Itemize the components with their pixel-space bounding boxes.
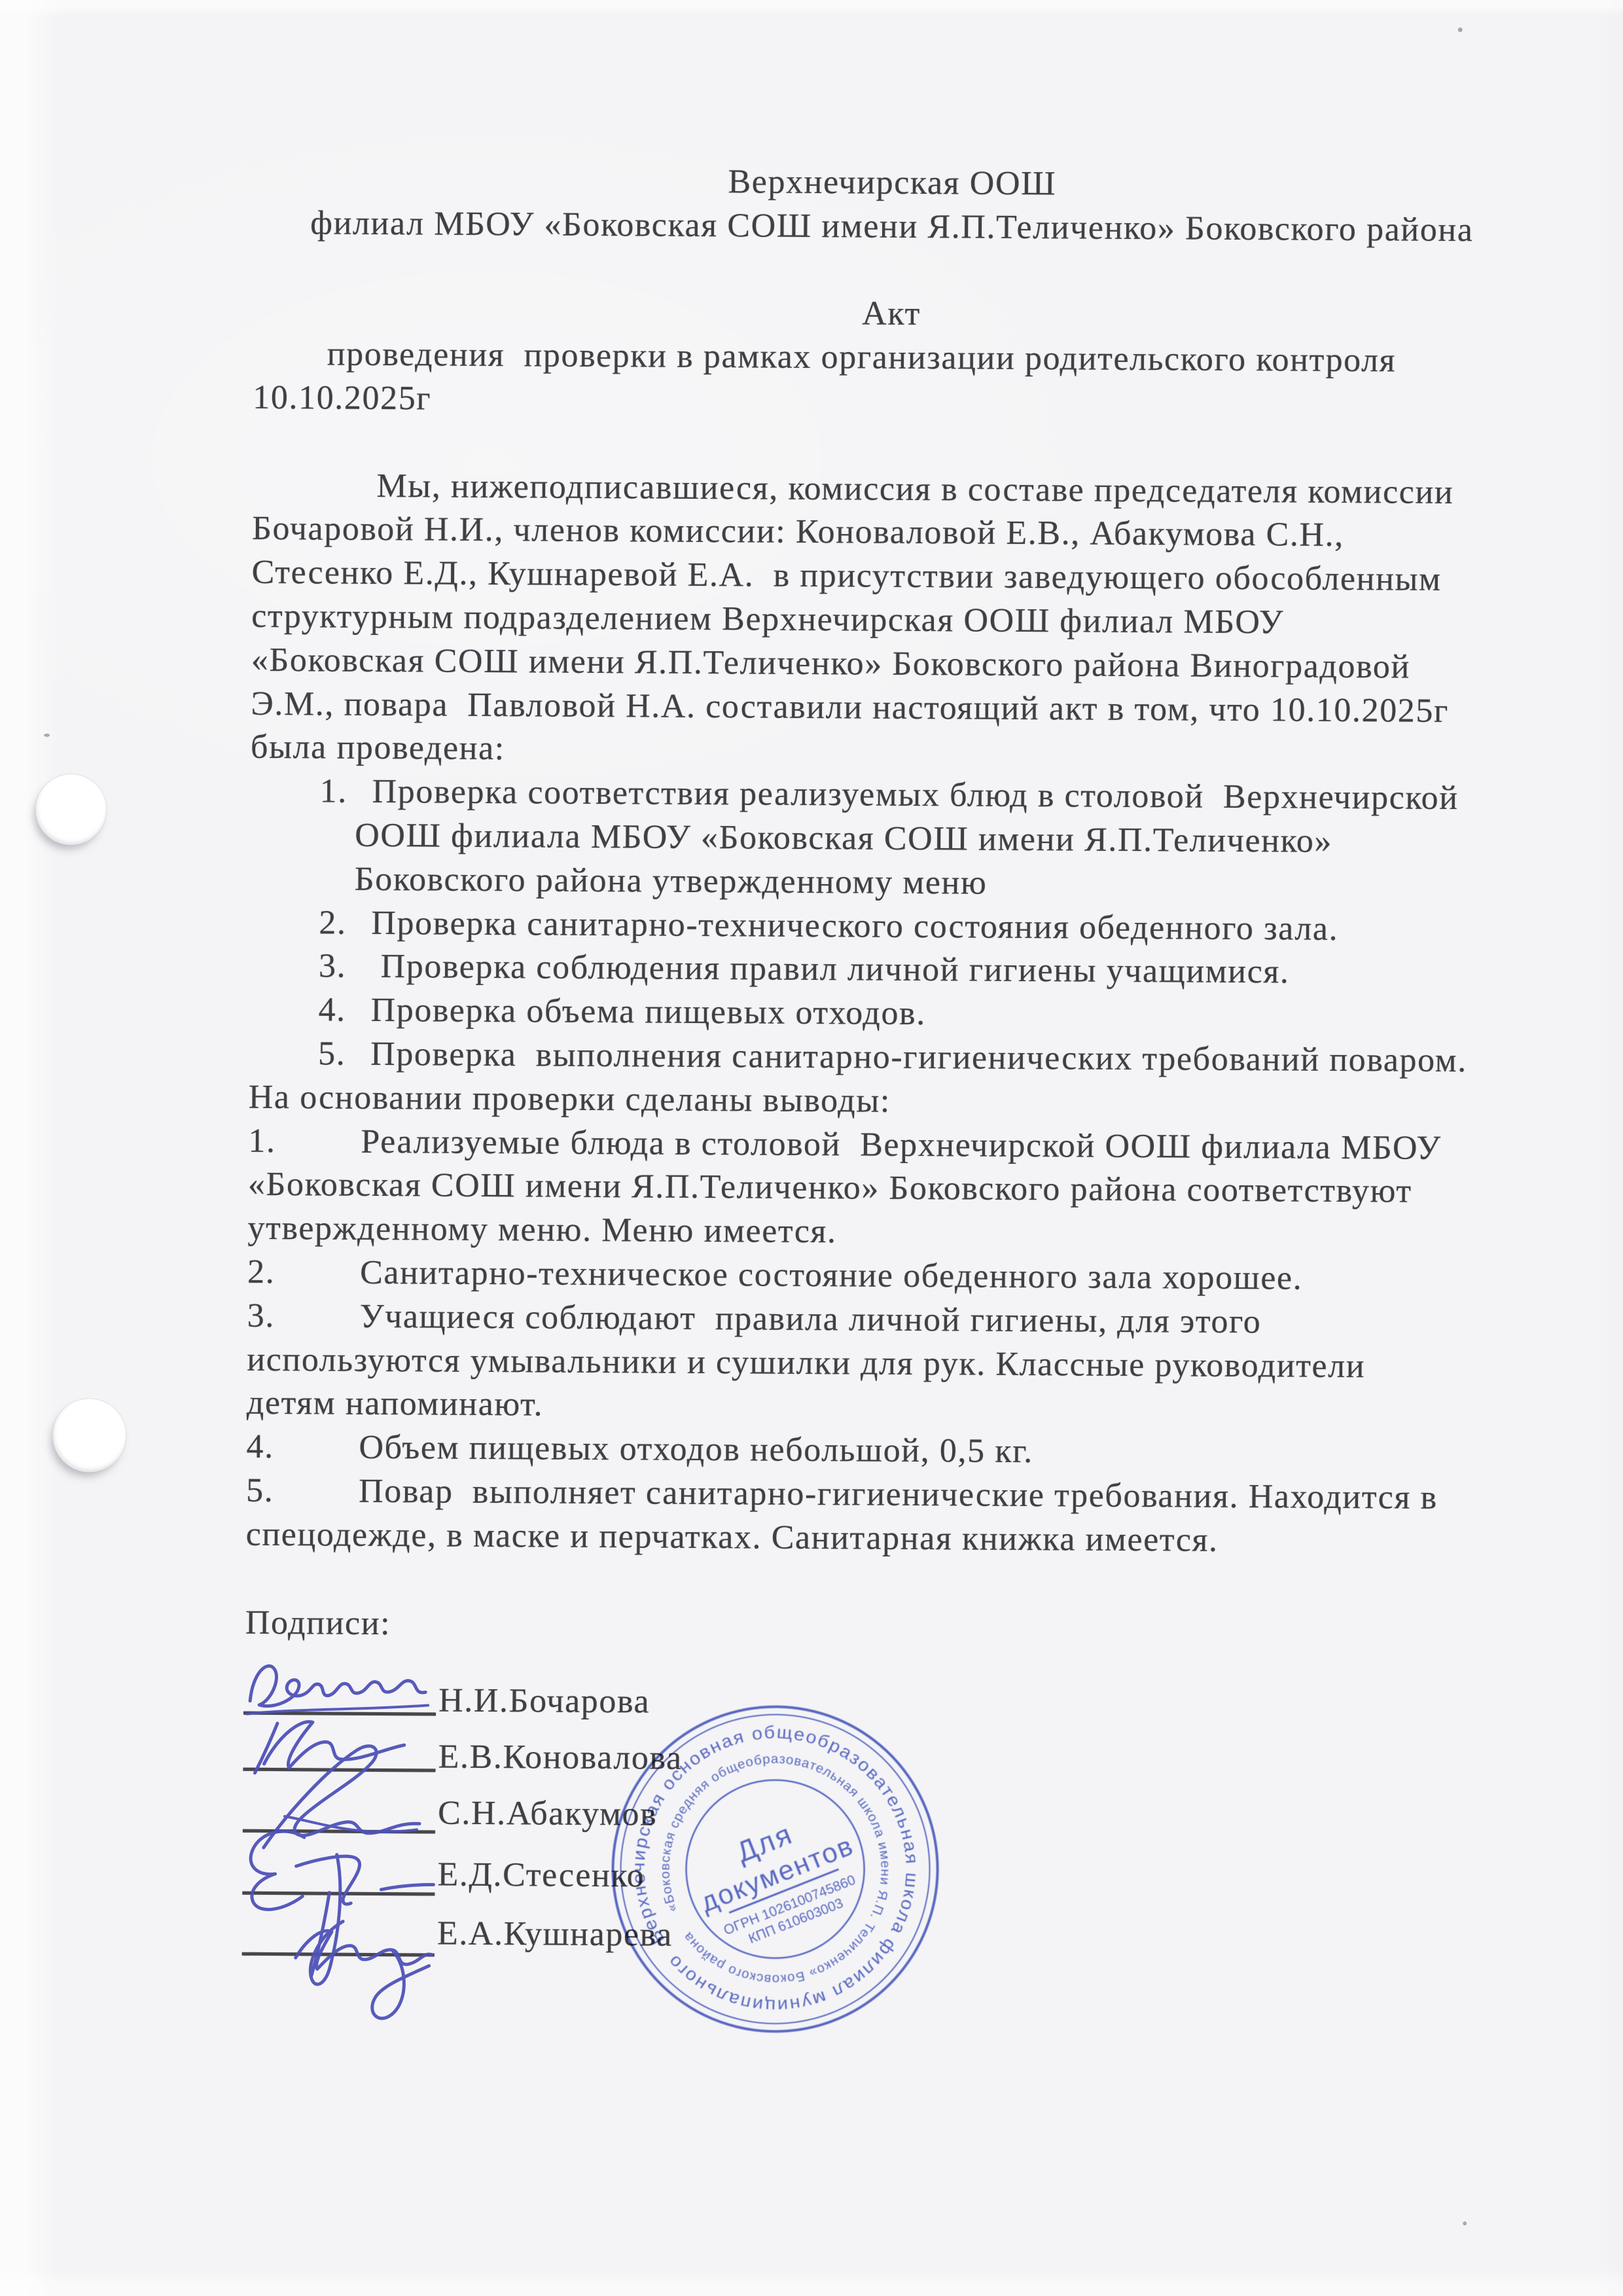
signature-line — [243, 1829, 435, 1834]
conclusions-heading: На основании проверки сделаны выводы: — [249, 1076, 1525, 1128]
signature-line — [242, 1892, 435, 1896]
conclusion-item-5: 5.Повар выполняет санитарно-гигиенически… — [246, 1469, 1522, 1521]
signature-stroke-konovalova — [255, 1723, 277, 1773]
conclusion-text: Повар выполняет санитарно-гигиенические … — [359, 1473, 1438, 1516]
hole-punch — [35, 774, 107, 846]
conclusion-number: 1. — [248, 1119, 276, 1163]
signer-name: Е.Д.Стесенко — [437, 1856, 645, 1896]
check-item-text: Проверка выполнения санитарно-гигиеничес… — [370, 1035, 1467, 1079]
conclusion-item-3-cont: детям напоминают. — [247, 1382, 1523, 1433]
spacer — [253, 420, 1529, 472]
stamp-ogrn: ОГРН 1026100745860 — [722, 1873, 858, 1939]
intro-line: «Боковская СОШ имени Я.П.Теличенко» Боко… — [251, 639, 1527, 691]
conclusion-number: 2. — [247, 1251, 276, 1295]
check-item-3: 3. Проверка соблюдения правил личной гиг… — [249, 944, 1525, 996]
check-item-text: Проверка санитарно-технического состояни… — [371, 904, 1338, 947]
conclusion-item-4: 4.Объем пищевых отходов небольшой, 0,5 к… — [246, 1426, 1522, 1477]
signatures-heading: Подписи: — [245, 1602, 391, 1646]
signer-name: Е.В.Коновалова — [438, 1738, 682, 1778]
signature-stroke — [381, 1884, 433, 1890]
document-content: Верхнечирская ООШ филиал МБОУ «Боковская… — [0, 0, 1623, 2296]
conclusion-item-1-cont: «Боковская СОШ имени Я.П.Теличенко» Боко… — [248, 1163, 1524, 1215]
conclusion-item-2: 2.Санитарно-техническое состояние обеден… — [247, 1251, 1524, 1302]
check-item-number: 4. — [318, 989, 346, 1033]
intro-line: Бочаровой Н.И., членов комиссии: Коновал… — [252, 507, 1528, 559]
signature-line — [242, 1952, 435, 1957]
signature-stroke — [310, 1854, 344, 1984]
scan-speck — [1463, 2221, 1467, 2225]
conclusion-number: 5. — [246, 1469, 274, 1513]
conclusion-number: 3. — [247, 1294, 275, 1338]
conclusion-text: Санитарно-техническое состояние обеденно… — [360, 1254, 1303, 1297]
doc-date: 10.10.2025г — [253, 376, 1529, 428]
stamp-kpp: КПП 610603003 — [747, 1895, 846, 1946]
intro-line: Стесенко Е.Д., Кушнаревой Е.А. в присутс… — [251, 551, 1527, 603]
signature-line — [243, 1768, 435, 1772]
check-item-2: 2.Проверка санитарно-технического состоя… — [249, 901, 1525, 952]
signer-name: С.Н.Абакумов — [438, 1794, 658, 1835]
intro-line: Мы, нижеподписавшиеся, комиссия в состав… — [252, 463, 1528, 515]
check-item-4: 4.Проверка объема пищевых отходов. — [249, 988, 1525, 1040]
signature-stroke — [296, 1931, 432, 1970]
stamp-center-line2: документов — [696, 1829, 858, 1918]
check-item-1-cont: ООШ филиала МБОУ «Боковская СОШ имени Я.… — [250, 814, 1526, 865]
check-item-5: 5.Проверка выполнения санитарно-гигиенич… — [249, 1032, 1525, 1084]
stamp-center-line1: Для — [732, 1818, 798, 1869]
check-item-number: 5. — [318, 1032, 346, 1076]
signature-stroke-stesenko — [251, 1831, 304, 1910]
org-branch-line: филиал МБОУ «Боковская СОШ имени Я.П.Тел… — [254, 202, 1530, 253]
doc-subtitle: проведения проверки в рамках организации… — [253, 332, 1529, 384]
scan-speck — [44, 734, 50, 737]
check-item-number: 2. — [319, 901, 347, 945]
conclusion-text: Объем пищевых отходов небольшой, 0,5 кг. — [359, 1429, 1033, 1470]
signature-stroke — [264, 1721, 404, 1768]
check-item-text: Проверка соответствия реализуемых блюд в… — [372, 773, 1458, 817]
signature-stroke — [372, 1950, 429, 2018]
hole-punch — [52, 1399, 126, 1473]
signature-stroke — [296, 1856, 359, 1905]
scanned-document-page: Верхнечирская ООШ филиал МБОУ «Боковская… — [0, 0, 1623, 2296]
stamp-inner-ring — [675, 1769, 876, 1969]
doc-type-title: Акт — [253, 289, 1529, 340]
document-body: Верхнечирская ООШ филиал МБОУ «Боковская… — [245, 158, 1530, 1564]
check-item-1: 1.Проверка соответствия реализуемых блюд… — [250, 770, 1526, 821]
signer-name: Е.А.Кушнарева — [437, 1914, 673, 1955]
signature-line — [243, 1712, 436, 1716]
conclusion-item-3: 3.Учащиеся соблюдают правила личной гиги… — [247, 1294, 1523, 1346]
conclusion-item-5-cont: спецодежде, в маске и перчатках. Санитар… — [245, 1513, 1522, 1564]
signer-name: Н.И.Бочарова — [438, 1681, 650, 1722]
check-item-text: Проверка соблюдения правил личной гигиен… — [371, 948, 1290, 991]
conclusion-item-1-cont: утвержденному меню. Меню имеется. — [247, 1207, 1524, 1259]
check-item-number: 1. — [319, 770, 348, 814]
intro-line: структурным подразделением Верхнечирская… — [251, 595, 1527, 647]
conclusion-number: 4. — [246, 1426, 274, 1469]
intro-line: Э.М., повара Павловой Н.А. составили нас… — [251, 682, 1527, 734]
scan-speck — [1458, 27, 1463, 32]
org-name-line: Верхнечирская ООШ — [254, 158, 1530, 209]
intro-line: была проведена: — [251, 726, 1527, 778]
spacer — [253, 245, 1529, 296]
check-item-number: 3. — [319, 945, 347, 989]
conclusion-text: Реализуемые блюда в столовой Верхнечирск… — [361, 1122, 1442, 1166]
conclusion-text: Учащиеся соблюдают правила личной гигиен… — [360, 1298, 1262, 1340]
signature-stroke-bocharova — [250, 1666, 425, 1707]
conclusion-item-3-cont: используются умывальники и сушилки для р… — [247, 1338, 1523, 1390]
check-item-1-cont: Боковского района утвержденному меню — [250, 857, 1526, 909]
check-item-text: Проверка объема пищевых отходов. — [370, 992, 926, 1032]
signature-stroke-kushnareva — [312, 1892, 330, 1976]
conclusion-item-1: 1.Реализуемые блюда в столовой Верхнечир… — [248, 1119, 1524, 1171]
